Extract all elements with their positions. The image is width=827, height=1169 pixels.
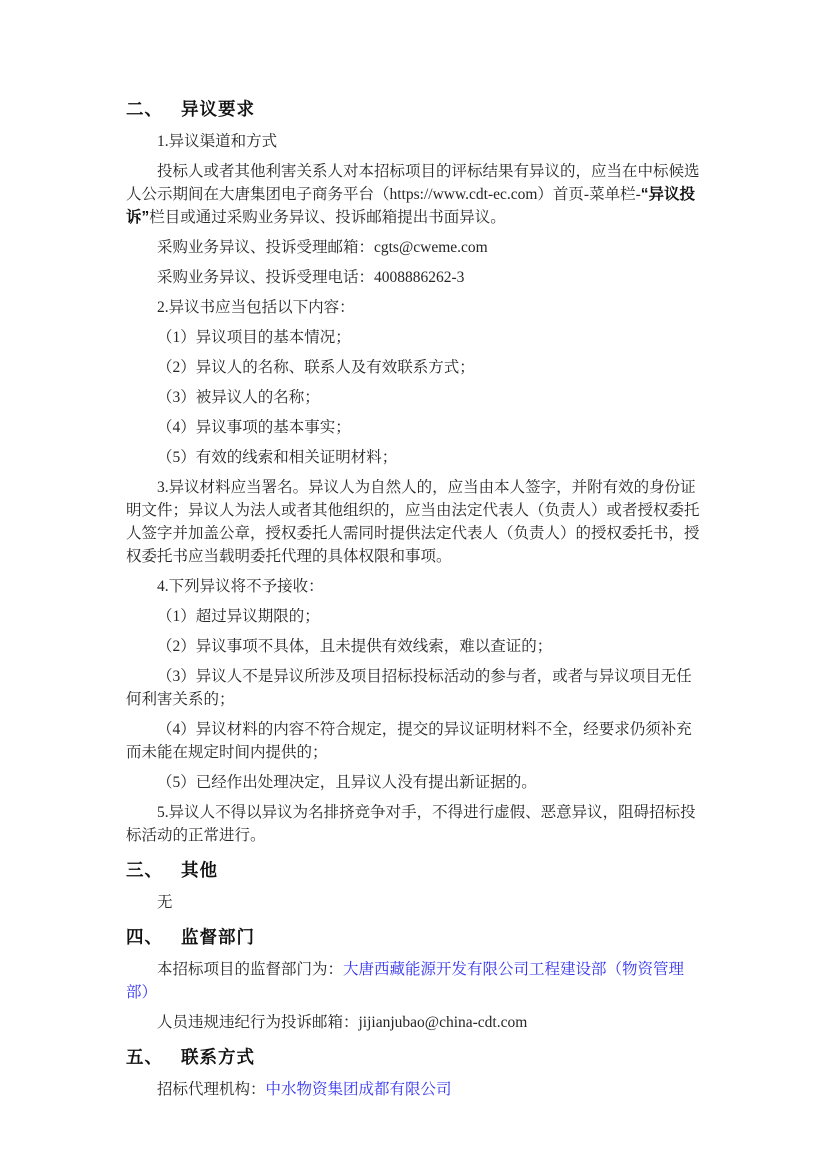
list-item: （4）异议事项的基本事实；: [126, 416, 701, 439]
text-run: 招标代理机构：: [157, 1081, 266, 1098]
list-item: （5）有效的线索和相关证明材料；: [126, 446, 701, 469]
list-item: （1）超过异议期限的；: [126, 605, 701, 628]
list-item: （2）异议事项不具体，且未提供有效线索，难以查证的；: [126, 635, 701, 658]
paragraph: 2.异议书应当包括以下内容：: [126, 296, 701, 319]
paragraph: 4.下列异议将不予接收：: [126, 575, 701, 598]
heading-number: 二、: [126, 99, 163, 119]
heading-title: 异议要求: [181, 99, 255, 119]
paragraph: 3.异议材料应当署名。异议人为自然人的，应当由本人签字，并附有效的身份证明文件；…: [126, 476, 701, 568]
list-item: （4）异议材料的内容不符合规定，提交的异议证明材料不全，经要求仍须补充而未能在规…: [126, 718, 701, 764]
paragraph: 5.异议人不得以异议为名排挤竞争对手，不得进行虚假、恶意异议，阻碍招标投标活动的…: [126, 801, 701, 847]
section-heading-other: 三、其他: [126, 858, 701, 882]
list-item: （2）异议人的名称、联系人及有效联系方式；: [126, 356, 701, 379]
document-page: 二、异议要求 1.异议渠道和方式 投标人或者其他利害关系人对本招标项目的评标结果…: [0, 0, 827, 1169]
paragraph: 1.异议渠道和方式: [126, 130, 701, 153]
list-item: （3）异议人不是异议所涉及项目招标投标活动的参与者，或者与异议项目无任何利害关系…: [126, 665, 701, 711]
paragraph: 招标代理机构：中水物资集团成都有限公司: [126, 1078, 701, 1101]
heading-title: 其他: [181, 860, 218, 880]
text-run: 本招标项目的监督部门为：: [157, 961, 343, 978]
heading-number: 四、: [126, 927, 163, 947]
paragraph: 采购业务异议、投诉受理电话：4008886262-3: [126, 266, 701, 289]
text-run: 投标人或者其他利害关系人对本招标项目的评标结果有异议的，应当在中标候选人公示期间…: [126, 163, 700, 203]
section-heading-contact-info: 五、联系方式: [126, 1045, 701, 1069]
heading-title: 监督部门: [181, 927, 255, 947]
heading-number: 三、: [126, 860, 163, 880]
paragraph: 本招标项目的监督部门为：大唐西藏能源开发有限公司工程建设部（物资管理部）: [126, 958, 701, 1004]
paragraph: 无: [126, 891, 701, 914]
section-heading-supervision-department: 四、监督部门: [126, 925, 701, 949]
bidding-agency-name: 中水物资集团成都有限公司: [266, 1081, 452, 1098]
paragraph: 采购业务异议、投诉受理邮箱：cgts@cweme.com: [126, 236, 701, 259]
paragraph: 人员违规违纪行为投诉邮箱：jijianjubao@china-cdt.com: [126, 1011, 701, 1034]
text-run: 栏目或通过采购业务异议、投诉邮箱提出书面异议。: [149, 209, 506, 226]
list-item: （3）被异议人的名称；: [126, 386, 701, 409]
list-item: （1）异议项目的基本情况；: [126, 326, 701, 349]
heading-title: 联系方式: [181, 1047, 255, 1067]
section-heading-objection-requirements: 二、异议要求: [126, 97, 701, 121]
paragraph: 投标人或者其他利害关系人对本招标项目的评标结果有异议的，应当在中标候选人公示期间…: [126, 160, 701, 229]
list-item: （5）已经作出处理决定，且异议人没有提出新证据的。: [126, 771, 701, 794]
heading-number: 五、: [126, 1047, 163, 1067]
